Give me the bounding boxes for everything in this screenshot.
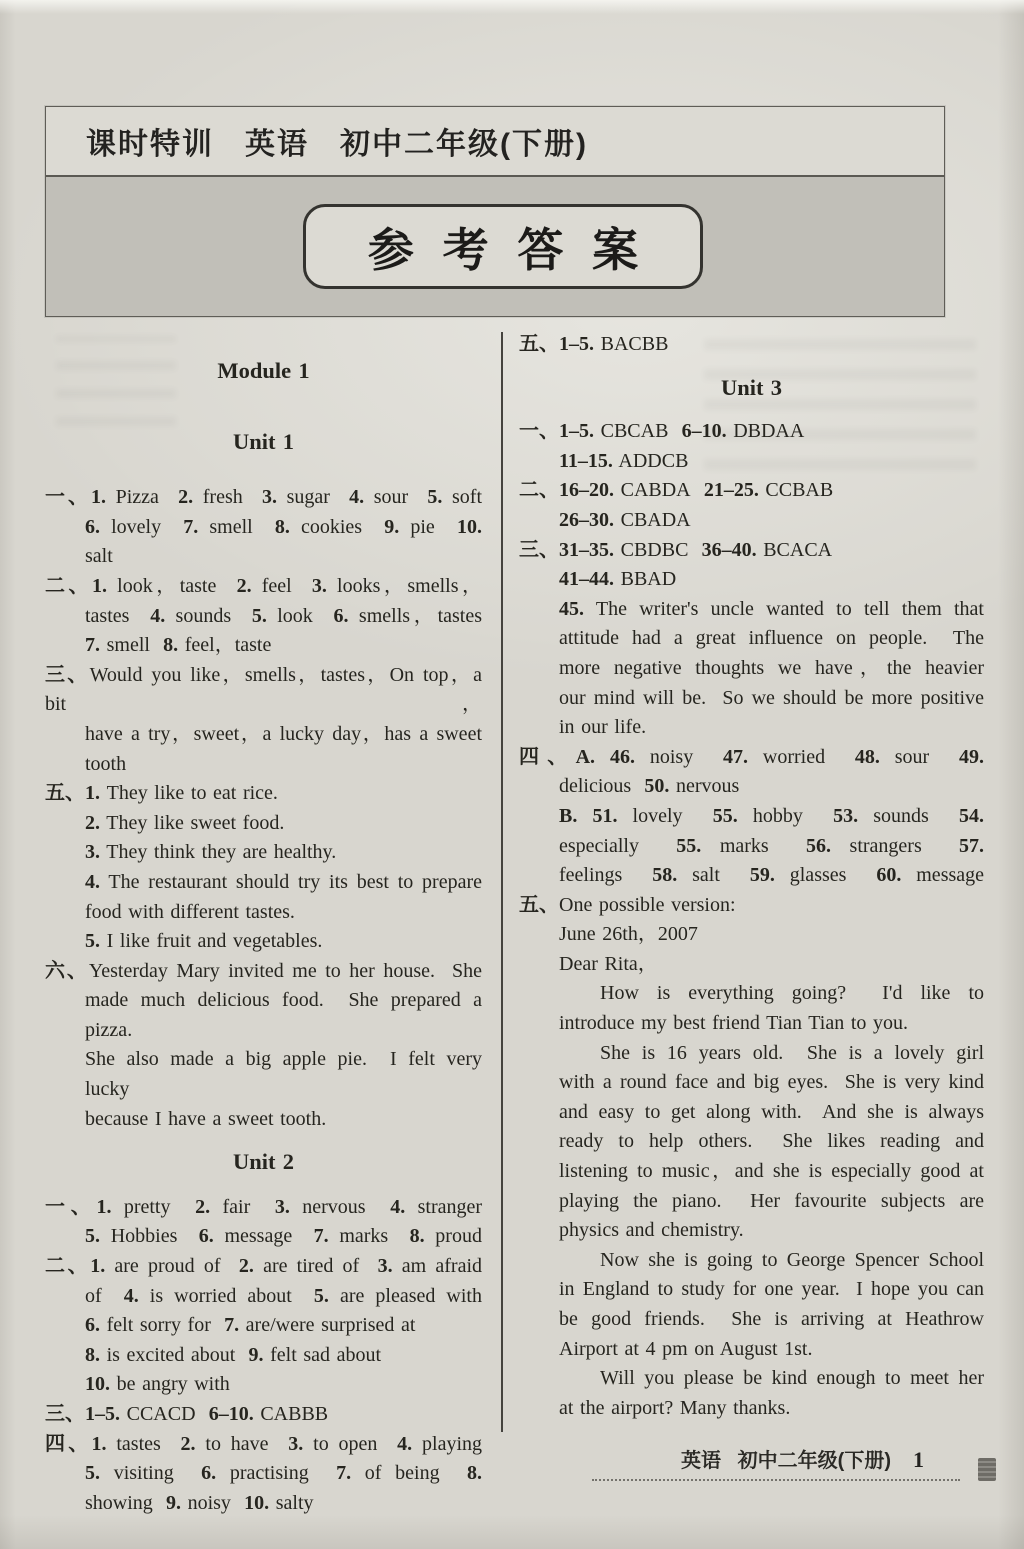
answer-line: 3. They think they are healthy. (45, 838, 482, 868)
answer-line: 二、1. are proud of 2. are tired of 3. am … (45, 1252, 482, 1282)
answer-line: more negative thoughts we have，the heavi… (519, 654, 984, 684)
answer-line: 一、1. pretty 2. fair 3. nervous 4. strang… (45, 1193, 482, 1223)
answer-line: introduce my best friend Tian Tian to yo… (519, 1009, 984, 1039)
answer-line: 7. smell 8. feel，taste (45, 631, 482, 661)
answer-line: have a try，sweet，a lucky day，has a sweet (45, 720, 482, 750)
answer-line: B. 51. lovely 55. hobby 53. sounds 54. (519, 802, 984, 832)
answer-line: 6. felt sorry for 7. are/were surprised … (45, 1311, 482, 1341)
answer-line: 10. be angry with (45, 1370, 482, 1400)
answer-line: delicious 50. nervous (519, 772, 984, 802)
scanned-answer-page: 课时特训 英语 初中二年级(下册) 参 考 答 案 Module 1Unit 1… (0, 0, 1024, 1549)
answer-line: 三、31–35. CBDBC 36–40. BCACA (519, 536, 984, 566)
answer-line: 6. lovely 7. smell 8. cookies 9. pie 10. (45, 513, 482, 543)
answer-line: 5. visiting 6. practising 7. of being 8. (45, 1459, 482, 1489)
answer-line: 五、1. They like to eat rice. (45, 779, 482, 809)
page-footer: 英语 初中二年级(下册) 1 (592, 1444, 960, 1481)
header-series-strip: 课时特训 英语 初中二年级(下册) (46, 107, 944, 177)
answer-line: Module 1 (45, 356, 482, 386)
answer-line: 41–44. BBAD (519, 565, 984, 595)
answer-line: playing the piano. Her favourite subject… (519, 1187, 984, 1217)
column-divider-rule (501, 332, 503, 1432)
answer-line: 26–30. CBADA (519, 506, 984, 536)
answer-line: 8. is excited about 9. felt sad about (45, 1341, 482, 1371)
answer-line: attitude had a great influence on people… (519, 624, 984, 654)
answer-line: 5. Hobbies 6. message 7. marks 8. proud (45, 1222, 482, 1252)
answer-line: 一、1–5. CBCAB 6–10. DBDAA (519, 417, 984, 447)
answer-line: with a round face and big eyes. She is v… (519, 1068, 984, 1098)
answer-line: be good friends. She is arriving at Heat… (519, 1305, 984, 1335)
answer-line: Airport at 4 pm on August 1st. (519, 1335, 984, 1365)
answer-line: 四、1. tastes 2. to have 3. to open 4. pla… (45, 1430, 482, 1460)
answer-line: June 26th，2007 (519, 920, 984, 950)
answer-line: showing 9. noisy 10. salty (45, 1489, 482, 1519)
answer-line: in England to study for one year. I hope… (519, 1275, 984, 1305)
answer-line: listening to music，and she is especially… (519, 1157, 984, 1187)
answer-line: Unit 2 (45, 1147, 482, 1177)
answer-line: 二、1. look，taste 2. feel 3. looks，smells， (45, 572, 482, 602)
answer-line: Unit 3 (519, 373, 984, 403)
answer-line: 11–15. ADDCB (519, 447, 984, 477)
footer-book-label: 英语 初中二年级(下册) (681, 1450, 891, 1472)
left-column: Module 1Unit 1一、1. Pizza 2. fresh 3. sug… (45, 350, 482, 1518)
answer-line: 4. The restaurant should try its best to… (45, 868, 482, 898)
answer-line: feelings 58. salt 59. glasses 60. messag… (519, 861, 984, 891)
answer-line: 五、One possible version: (519, 891, 984, 921)
answer-line: made much delicious food. She prepared a… (45, 986, 482, 1045)
answer-line: She also made a big apple pie. I felt ve… (45, 1045, 482, 1104)
answer-line: 三、Would you like，smells，tastes，On top，a … (45, 661, 482, 720)
series-title: 课时特训 英语 初中二年级(下册) (86, 119, 588, 163)
answer-line: She is 16 years old. She is a lovely gir… (519, 1039, 984, 1069)
answer-line: of 4. is worried about 5. are pleased wi… (45, 1282, 482, 1312)
answer-line: salt (45, 542, 482, 572)
answer-line: at the airport? Many thanks. (519, 1394, 984, 1424)
page-number: 1 (913, 1447, 924, 1472)
answer-line: ready to help others. She likes reading … (519, 1127, 984, 1157)
answer-line: tooth (45, 750, 482, 780)
answer-line: especially 55. marks 56. strangers 57. (519, 832, 984, 862)
answer-line: 六、Yesterday Mary invited me to her house… (45, 957, 482, 987)
answer-line: 四、A. 46. noisy 47. worried 48. sour 49. (519, 743, 984, 773)
answer-line: 二、16–20. CABDA 21–25. CCBAB (519, 476, 984, 506)
answer-line: 五、1–5. BACBB (519, 330, 984, 360)
answer-line: 5. I like fruit and vegetables. (45, 927, 482, 957)
answer-line: 一、1. Pizza 2. fresh 3. sugar 4. sour 5. … (45, 483, 482, 513)
answer-line: in our life. (519, 713, 984, 743)
answer-line: Now she is going to George Spencer Schoo… (519, 1246, 984, 1276)
answer-line: Will you please be kind enough to meet h… (519, 1364, 984, 1394)
answer-line: tastes 4. sounds 5. look 6. smells，taste… (45, 602, 482, 632)
answer-line: 45. The writer's uncle wanted to tell th… (519, 595, 984, 625)
answer-line: because I have a sweet tooth. (45, 1105, 482, 1135)
page-title: 参 考 答 案 (368, 214, 638, 280)
page-edge-mark (978, 1458, 996, 1481)
answer-line: Unit 1 (45, 427, 482, 457)
answer-line: and easy to get along with. And she is a… (519, 1098, 984, 1128)
answer-line: 2. They like sweet food. (45, 809, 482, 839)
answers-title-box: 参 考 答 案 (303, 204, 703, 289)
answer-line: physics and chemistry. (519, 1216, 984, 1246)
answer-line: our mind will be. So we should be more p… (519, 684, 984, 714)
answer-line: How is everything going? I'd like to (519, 979, 984, 1009)
answer-line: Dear Rita， (519, 950, 984, 980)
header-title-strip: 参 考 答 案 (46, 177, 944, 316)
answer-line: food with different tastes. (45, 898, 482, 928)
right-column: 五、1–5. BACBBUnit 3一、1–5. CBCAB 6–10. DBD… (519, 330, 984, 1423)
answer-line: 三、1–5. CCACD 6–10. CABBB (45, 1400, 482, 1430)
header-banner: 课时特训 英语 初中二年级(下册) 参 考 答 案 (45, 106, 945, 317)
